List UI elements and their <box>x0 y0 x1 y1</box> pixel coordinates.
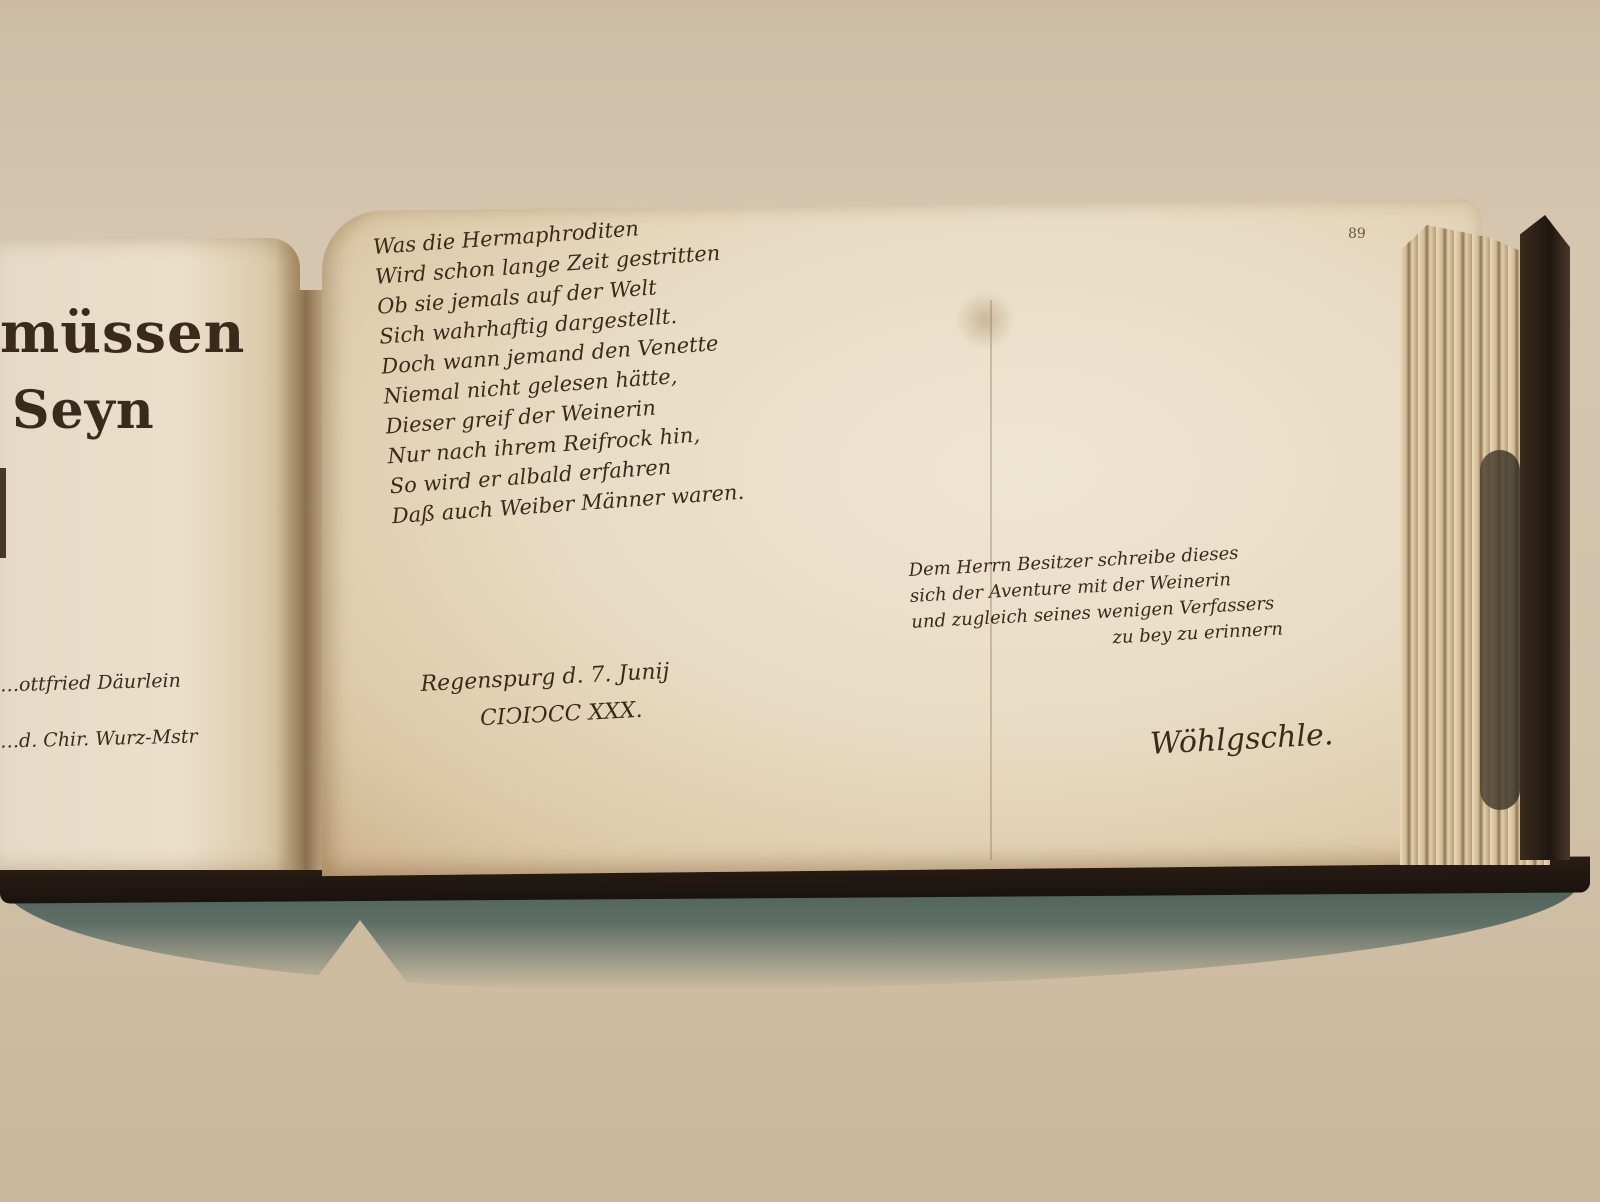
page-stain <box>955 290 1015 350</box>
left-heading-line-1: müssen <box>0 300 245 366</box>
left-decorative-rule <box>0 468 6 558</box>
dedication-block: Dem Herrn Besitzer schreibe dieses sich … <box>908 539 1284 662</box>
book-cover-right-edge <box>1520 215 1570 860</box>
photo-scene: müssen Seyn …ottfried Däurlein …d. Chir.… <box>0 0 1600 1202</box>
left-heading-line-2: Seyn <box>12 380 155 441</box>
page-number: 89 <box>1348 226 1366 242</box>
poem-block: Was die Hermaphroditen Wird schon lange … <box>372 207 745 531</box>
book-cover-inner <box>1480 450 1520 810</box>
